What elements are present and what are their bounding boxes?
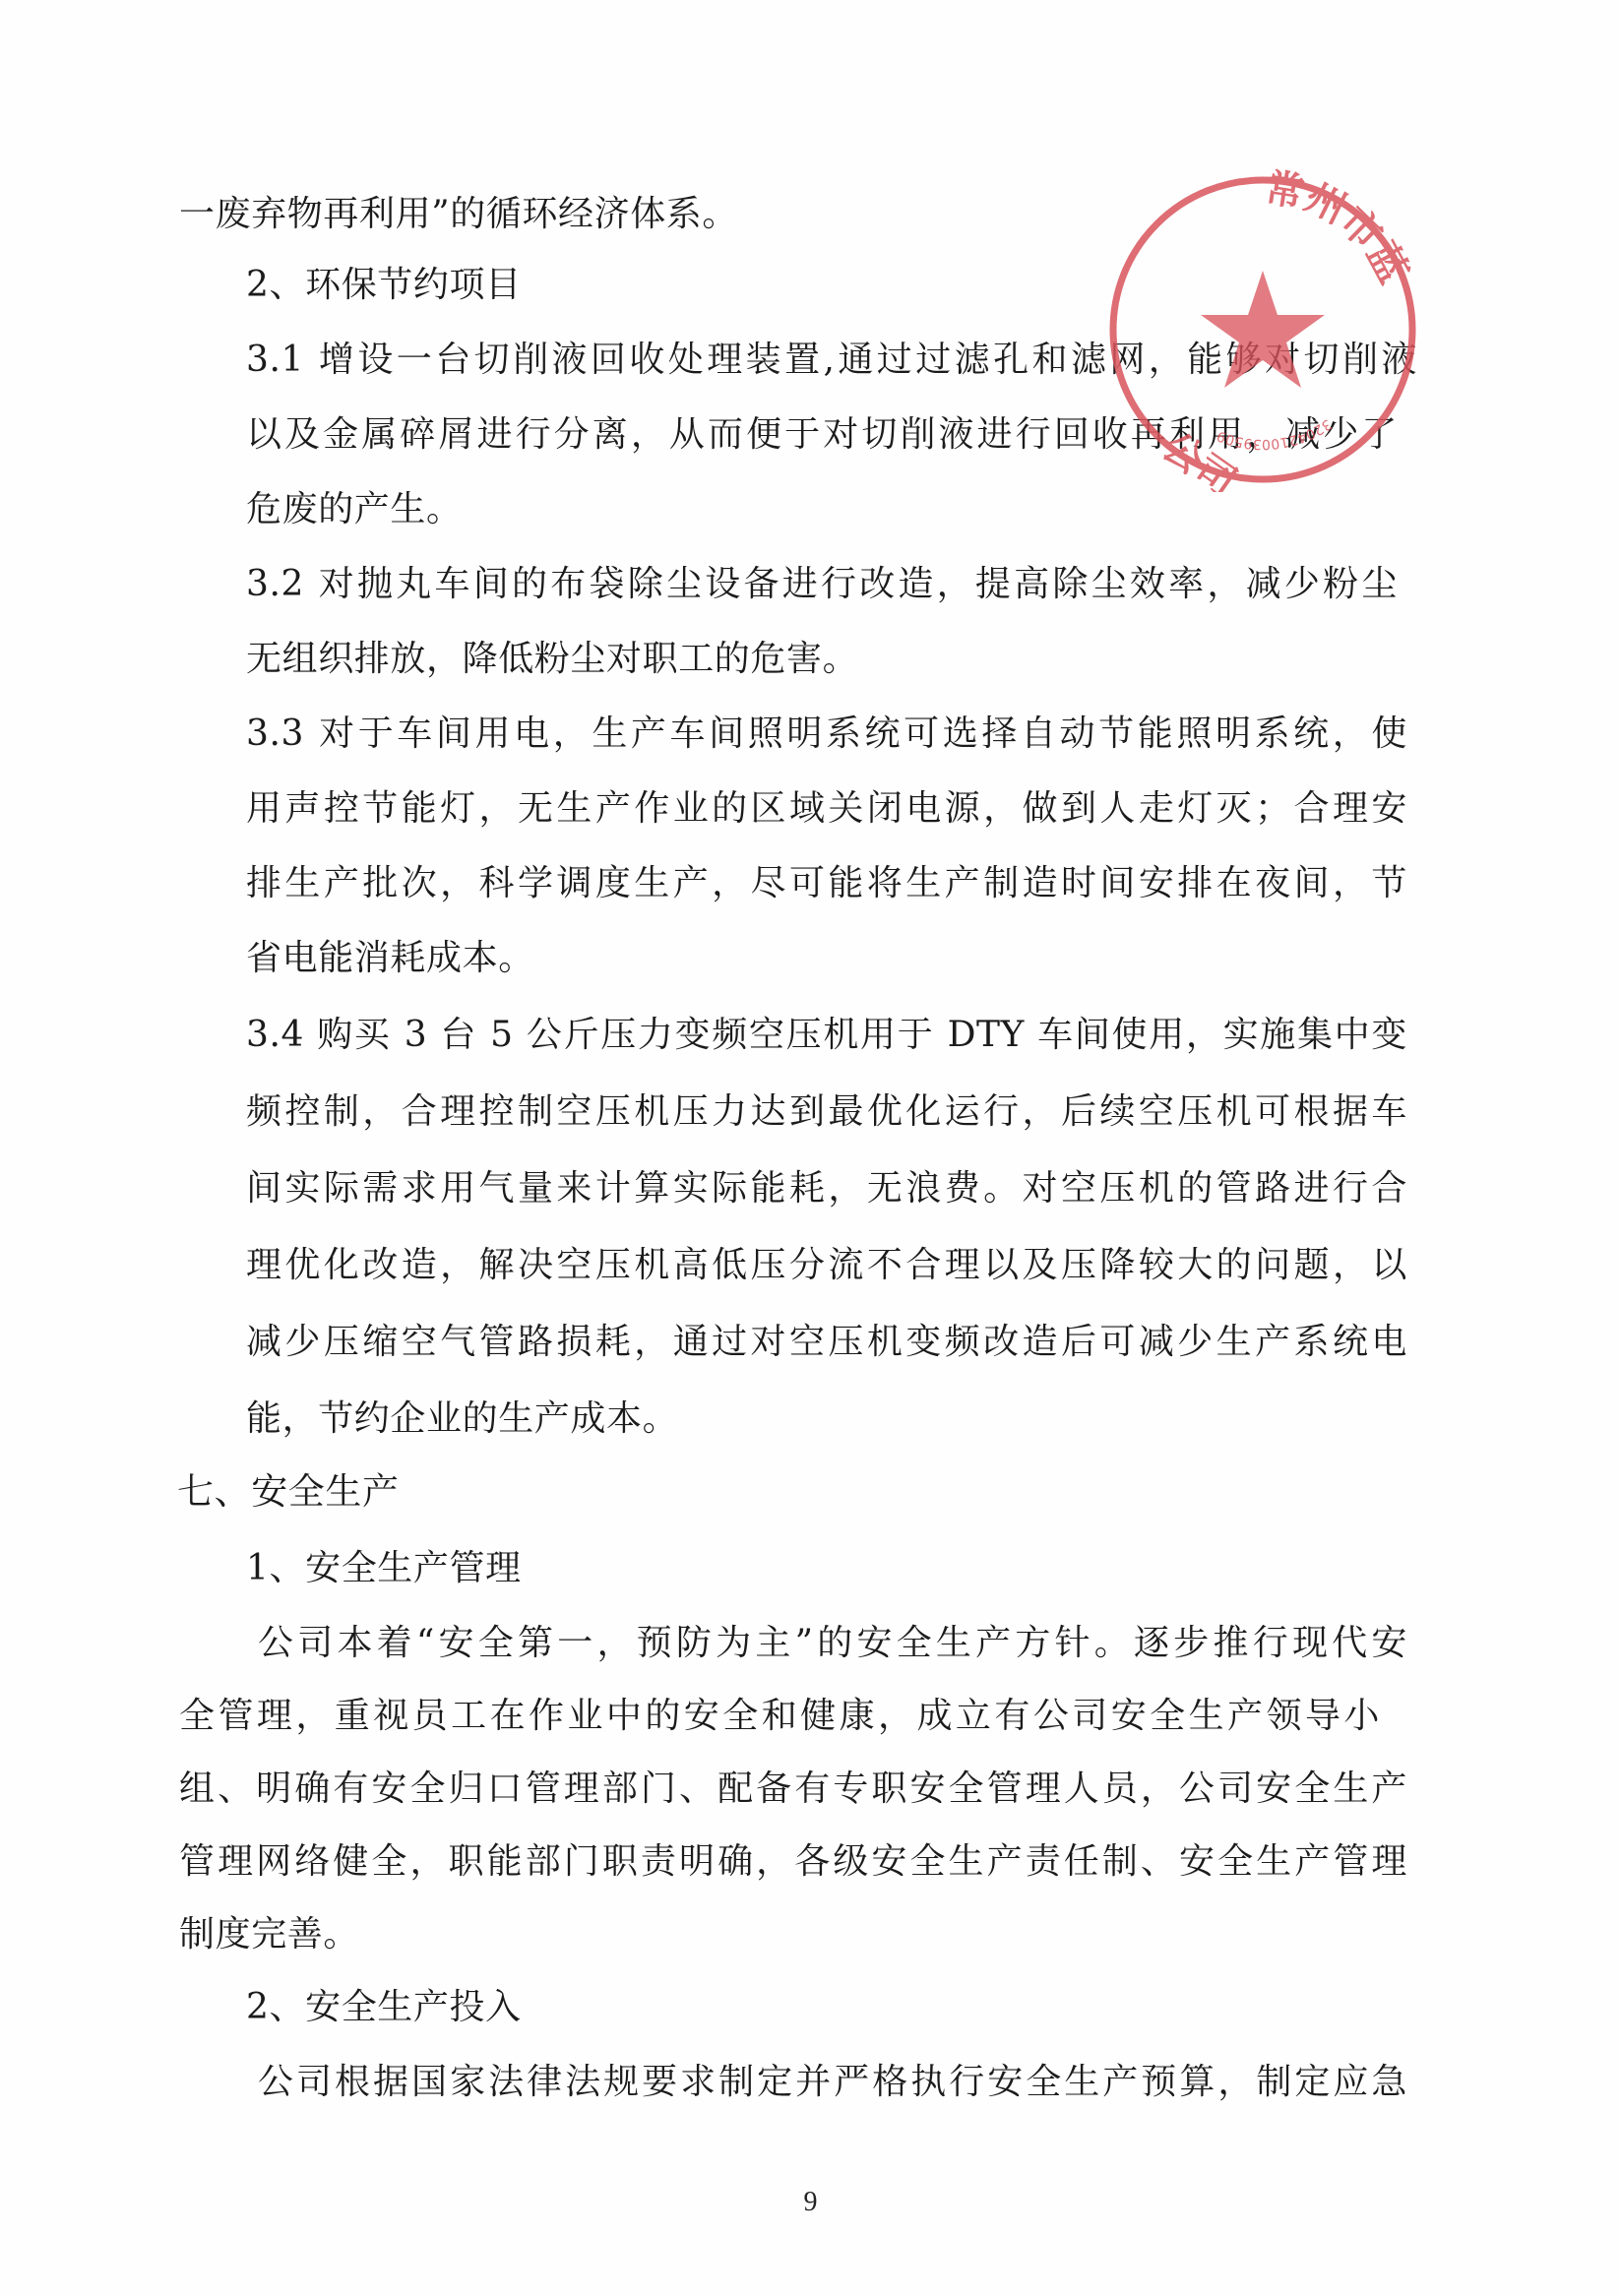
- paragraph-line: 间实际需求用气量来计算实际能耗，无浪费。对空压机的管路进行合: [246, 1167, 1407, 1210]
- subsection-heading: 2、安全生产投入: [246, 1986, 522, 2029]
- paragraph-line: 排生产批次，科学调度生产，尽可能将生产制造时间安排在夜间，节: [246, 862, 1407, 905]
- paragraph-line: 3.4 购买 3 台 5 公斤压力变频空压机用于 DTY 车间使用，实施集中变: [246, 1014, 1407, 1057]
- paragraph-line: 省电能消耗成本。: [246, 937, 534, 980]
- paragraph-line: 组、明确有安全归口管理部门、配备有专职安全管理人员，公司安全生产: [179, 1768, 1407, 1811]
- subsection-heading: 2、环保节约项目: [246, 264, 522, 307]
- paragraph-line: 减少压缩空气管路损耗，通过对空压机变频改造后可减少生产系统电: [246, 1321, 1407, 1364]
- document-page: 一废弃物再利用”的循环经济体系。 2、环保节约项目 3.1 增设一台切削液回收处…: [0, 0, 1621, 2296]
- paragraph-line: 以及金属碎屑进行分离，从而便于对切削液进行回收再利用，减少了: [246, 413, 1398, 457]
- paragraph-line: 公司本着“安全第一，预防为主”的安全生产方针。逐步推行现代安: [258, 1622, 1407, 1665]
- paragraph-line: 危废的产生。: [246, 488, 463, 531]
- paragraph-line: 3.3 对于车间用电，生产车间照明系统可选择自动节能照明系统，使: [246, 713, 1407, 756]
- paragraph-line: 3.2 对抛丸车间的布袋除尘设备进行改造，提高除尘效率，减少粉尘: [246, 563, 1398, 606]
- paragraph-line: 制度完善。: [179, 1913, 359, 1956]
- paragraph-line: 管理网络健全，职能部门职责明确，各级安全生产责任制、安全生产管理: [179, 1840, 1407, 1884]
- paragraph-line: 无组织排放，降低粉尘对职工的危害。: [246, 638, 858, 681]
- svg-text:常州市蓝: 常州市蓝: [1262, 167, 1416, 291]
- paragraph-line: 公司根据国家法律法规要求制定并严格执行安全生产预算，制定应急: [258, 2061, 1407, 2104]
- paragraph-line: 用声控节能灯，无生产作业的区域关闭电源，做到人走灯灭；合理安: [246, 787, 1407, 831]
- paragraph-line: 频控制，合理控制空压机压力达到最优化运行，后续空压机可根据车: [246, 1090, 1407, 1134]
- subsection-heading: 1、安全生产管理: [246, 1547, 522, 1590]
- paragraph-line: 一废弃物再利用”的循环经济体系。: [179, 193, 738, 236]
- paragraph-line: 理优化改造，解决空压机高低压分流不合理以及压降较大的问题，以: [246, 1244, 1407, 1287]
- paragraph-line: 全管理，重视员工在作业中的安全和健康，成立有公司安全生产领导小: [179, 1695, 1380, 1738]
- paragraph-line: 能，节约企业的生产成本。: [246, 1397, 678, 1441]
- seal-top-text: 常州市蓝: [1262, 167, 1416, 291]
- page-number: 9: [0, 2187, 1621, 2218]
- paragraph-line: 3.1 增设一台切削液回收处理装置,通过过滤孔和滤网，能够对切削液: [246, 339, 1417, 382]
- section-heading: 七、安全生产: [177, 1470, 400, 1514]
